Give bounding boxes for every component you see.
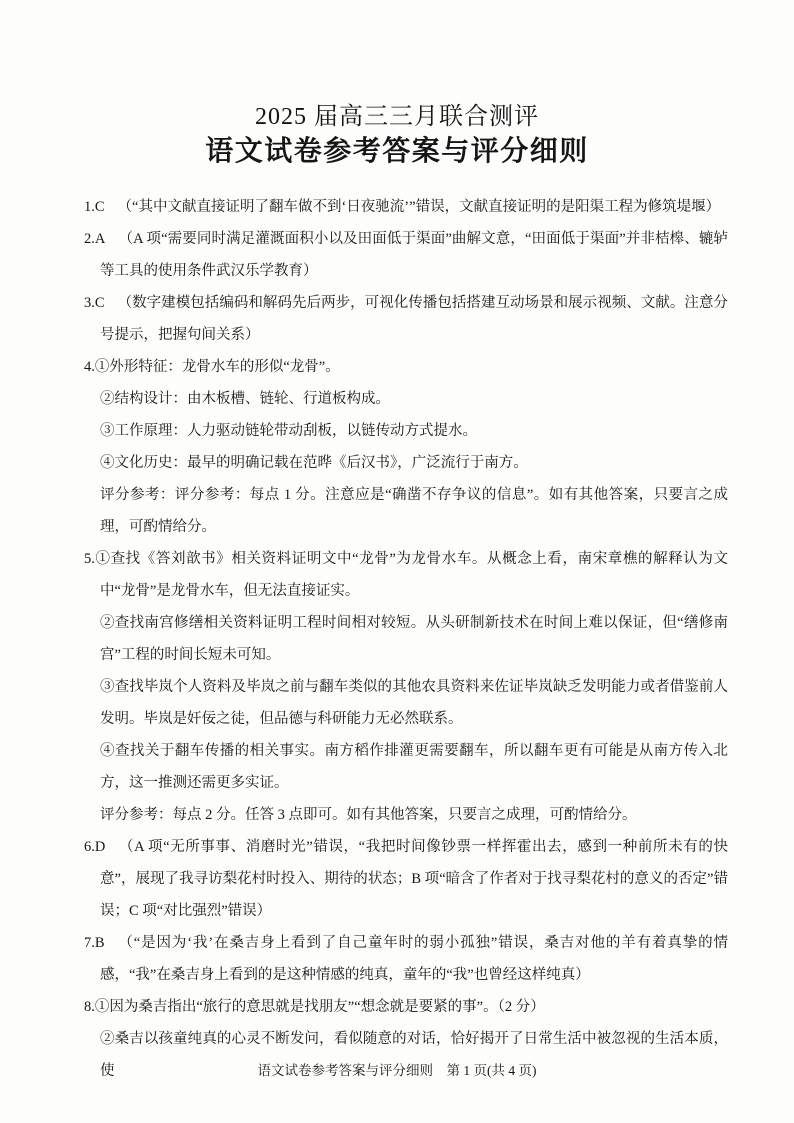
answer-subparagraph: 评分参考：每点 2 分。任答 3 点即可。如有其他答案，只要言之成理，可酌情给分… [84, 799, 728, 831]
answer-subparagraph: ④文化历史：最早的明确记载在范晔《后汉书》，广泛流行于南方。 [84, 447, 728, 479]
answer-text: （A 项“无所事事、消磨时光”错误，“我把时间像钞票一样挥霍出去，感到一种前所未… [100, 839, 728, 919]
answer-text: （数字建模包括编码和解码先后两步，可视化传播包括搭建互动场景和展示视频、文献。注… [100, 295, 728, 343]
answer-item: 2.A（A 项“需要同时满足灌溉面积小以及田面低于渠面”曲解文意，“田面低于渠面… [84, 223, 728, 287]
answers-list: 1.C（“其中文献直接证明了翻车做不到‘日夜驰流’”错误，文献直接证明的是阳渠工… [84, 191, 728, 1087]
answer-paragraph: 4.①外形特征：龙骨水车的形似“龙骨”。 [84, 351, 728, 383]
answer-paragraph: 2.A（A 项“需要同时满足灌溉面积小以及田面低于渠面”曲解文意，“田面低于渠面… [84, 223, 728, 287]
answer-item: 4.①外形特征：龙骨水车的形似“龙骨”。②结构设计：由木板槽、链轮、行道板构成。… [84, 351, 728, 543]
answer-item: 3.C（数字建模包括编码和解码先后两步，可视化传播包括搭建互动场景和展示视频、文… [84, 287, 728, 351]
answer-paragraph: 6.D（A 项“无所事事、消磨时光”错误，“我把时间像钞票一样挥霍出去，感到一种… [84, 831, 728, 927]
answer-number: 2.A [84, 231, 105, 247]
answer-number: 7.B [84, 935, 105, 951]
answer-text: （“其中文献直接证明了翻车做不到‘日夜驰流’”错误，文献直接证明的是阳渠工程为修… [118, 199, 721, 215]
answer-subparagraph: ③查找毕岚个人资料及毕岚之前与翻车类似的其他农具资料来佐证毕岚缺乏发明能力或者借… [84, 671, 728, 735]
answer-number: 6.D [84, 839, 105, 855]
answer-subparagraph: 评分参考：评分参考：每点 1 分。注意应是“确凿不存争议的信息”。如有其他答案，… [84, 479, 728, 543]
answer-paragraph: 8.①因为桑吉指出“旅行的意思就是找朋友”“想念就是要紧的事”。（2 分） [84, 991, 728, 1023]
answer-number: 1.C [84, 199, 105, 215]
answer-number: 8. [84, 999, 95, 1015]
answer-number: 4. [84, 359, 95, 375]
answer-item: 1.C（“其中文献直接证明了翻车做不到‘日夜驰流’”错误，文献直接证明的是阳渠工… [84, 191, 728, 223]
page-footer: 语文试卷参考答案与评分细则 第 1 页(共 4 页) [0, 1056, 794, 1086]
answer-item: 6.D（A 项“无所事事、消磨时光”错误，“我把时间像钞票一样挥霍出去，感到一种… [84, 831, 728, 927]
answer-subparagraph: ③工作原理：人力驱动链轮带动刮板，以链传动方式提水。 [84, 415, 728, 447]
answer-paragraph: 7.B（“是因为‘我’在桑吉身上看到了自己童年时的弱小孤独”错误，桑吉对他的羊有… [84, 927, 728, 991]
answer-text: （A 项“需要同时满足灌溉面积小以及田面低于渠面”曲解文意，“田面低于渠面”并非… [100, 231, 728, 279]
answer-paragraph: 5.①查找《答刘歆书》相关资料证明文中“龙骨”为龙骨水车。从概念上看，南宋章樵的… [84, 543, 728, 607]
exam-answer-page: 2025 届高三三月联合测评 语文试卷参考答案与评分细则 1.C（“其中文献直接… [0, 0, 794, 1123]
answer-text: （“是因为‘我’在桑吉身上看到了自己童年时的弱小孤独”错误，桑吉对他的羊有着真挚… [100, 935, 728, 983]
answer-number: 3.C [84, 295, 105, 311]
answer-subparagraph: ②查找南宫修缮相关资料证明工程时间相对较短。从头研制新技术在时间上难以保证，但“… [84, 607, 728, 671]
answer-item: 7.B（“是因为‘我’在桑吉身上看到了自己童年时的弱小孤独”错误，桑吉对他的羊有… [84, 927, 728, 991]
answer-item: 5.①查找《答刘歆书》相关资料证明文中“龙骨”为龙骨水车。从概念上看，南宋章樵的… [84, 543, 728, 831]
answer-number: 5. [84, 551, 95, 567]
answer-paragraph: 3.C（数字建模包括编码和解码先后两步，可视化传播包括搭建互动场景和展示视频、文… [84, 287, 728, 351]
answer-paragraph: 1.C（“其中文献直接证明了翻车做不到‘日夜驰流’”错误，文献直接证明的是阳渠工… [84, 191, 728, 223]
answer-text: ①因为桑吉指出“旅行的意思就是找朋友”“想念就是要紧的事”。（2 分） [95, 999, 545, 1015]
answer-subparagraph: ④查找关于翻车传播的相关事实。南方稻作排灌更需要翻车，所以翻车更有可能是从南方传… [84, 735, 728, 799]
answer-text: ①外形特征：龙骨水车的形似“龙骨”。 [95, 359, 340, 375]
answer-text: ①查找《答刘歆书》相关资料证明文中“龙骨”为龙骨水车。从概念上看，南宋章樵的解释… [95, 551, 728, 599]
answer-subparagraph: ②结构设计：由木板槽、链轮、行道板构成。 [84, 383, 728, 415]
document-title: 语文试卷参考答案与评分细则 [0, 129, 794, 169]
exam-session-title: 2025 届高三三月联合测评 [0, 96, 794, 131]
